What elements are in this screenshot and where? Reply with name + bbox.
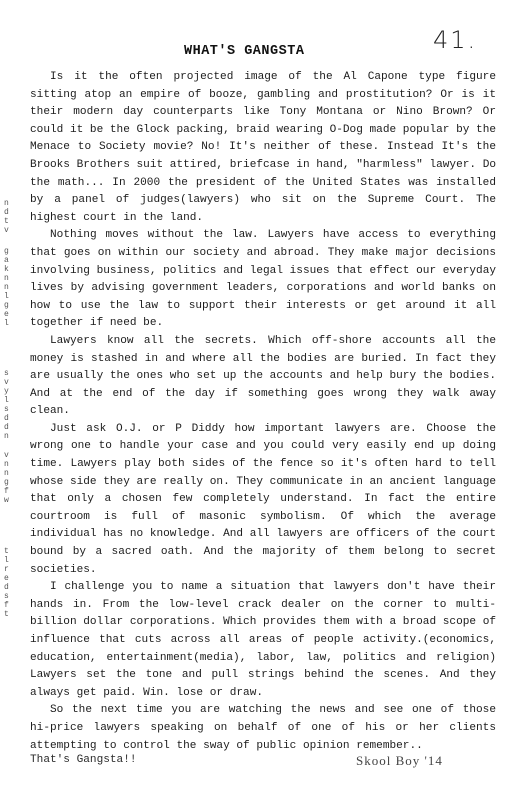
margin-character: n bbox=[4, 433, 9, 441]
paragraph-6: So the next time you are watching the ne… bbox=[30, 702, 496, 755]
margin-character: n bbox=[4, 461, 9, 469]
page-number: 41. bbox=[433, 26, 477, 54]
margin-character: v bbox=[4, 227, 9, 235]
margin-character: s bbox=[4, 406, 9, 414]
paragraph-1: Is it the often projected image of the A… bbox=[30, 69, 496, 227]
margin-character: r bbox=[4, 566, 9, 574]
margin-character: f bbox=[4, 488, 9, 496]
author-signature: Skool Boy '14 bbox=[356, 752, 443, 770]
margin-character: e bbox=[4, 575, 9, 583]
margin-character: t bbox=[4, 218, 9, 226]
margin-character: t bbox=[4, 611, 9, 619]
margin-character: e bbox=[4, 311, 9, 319]
margin-character: f bbox=[4, 602, 9, 610]
document-body: Is it the often projected image of the A… bbox=[30, 69, 496, 755]
margin-character: n bbox=[4, 470, 9, 478]
margin-character: t bbox=[4, 548, 9, 556]
margin-character: l bbox=[4, 397, 9, 405]
margin-character: w bbox=[4, 497, 9, 505]
margin-character: a bbox=[4, 257, 9, 265]
margin-bleed-through: ndtvgaknnlgelsvylsddnvnngfwtlredsft bbox=[0, 0, 14, 812]
margin-character: y bbox=[4, 388, 9, 396]
margin-character: l bbox=[4, 293, 9, 301]
margin-character: s bbox=[4, 593, 9, 601]
margin-character: l bbox=[4, 320, 9, 328]
paragraph-2: Nothing moves without the law. Lawyers h… bbox=[30, 227, 496, 333]
margin-character: v bbox=[4, 379, 9, 387]
margin-character: s bbox=[4, 370, 9, 378]
margin-character: l bbox=[4, 557, 9, 565]
margin-character: g bbox=[4, 302, 9, 310]
margin-character: d bbox=[4, 424, 9, 432]
paragraph-3: Lawyers know all the secrets. Which off-… bbox=[30, 333, 496, 421]
paragraph-4: Just ask O.J. or P Diddy how important l… bbox=[30, 421, 496, 579]
margin-character: d bbox=[4, 209, 9, 217]
margin-character: v bbox=[4, 452, 9, 460]
margin-character: d bbox=[4, 415, 9, 423]
document-title: WHAT'S GANGSTA bbox=[184, 44, 304, 59]
margin-character: d bbox=[4, 584, 9, 592]
margin-character: n bbox=[4, 284, 9, 292]
scanned-page: ndtvgaknnlgelsvylsddnvnngfwtlredsft 41. … bbox=[0, 0, 526, 812]
margin-character: n bbox=[4, 200, 9, 208]
paragraph-5: I challenge you to name a situation that… bbox=[30, 579, 496, 702]
signoff-text: That's Gangsta!! bbox=[30, 752, 137, 770]
closing-line: That's Gangsta!! Skool Boy '14 bbox=[30, 752, 496, 770]
margin-character: k bbox=[4, 266, 9, 274]
margin-character: n bbox=[4, 275, 9, 283]
margin-character: g bbox=[4, 248, 9, 256]
margin-character: g bbox=[4, 479, 9, 487]
